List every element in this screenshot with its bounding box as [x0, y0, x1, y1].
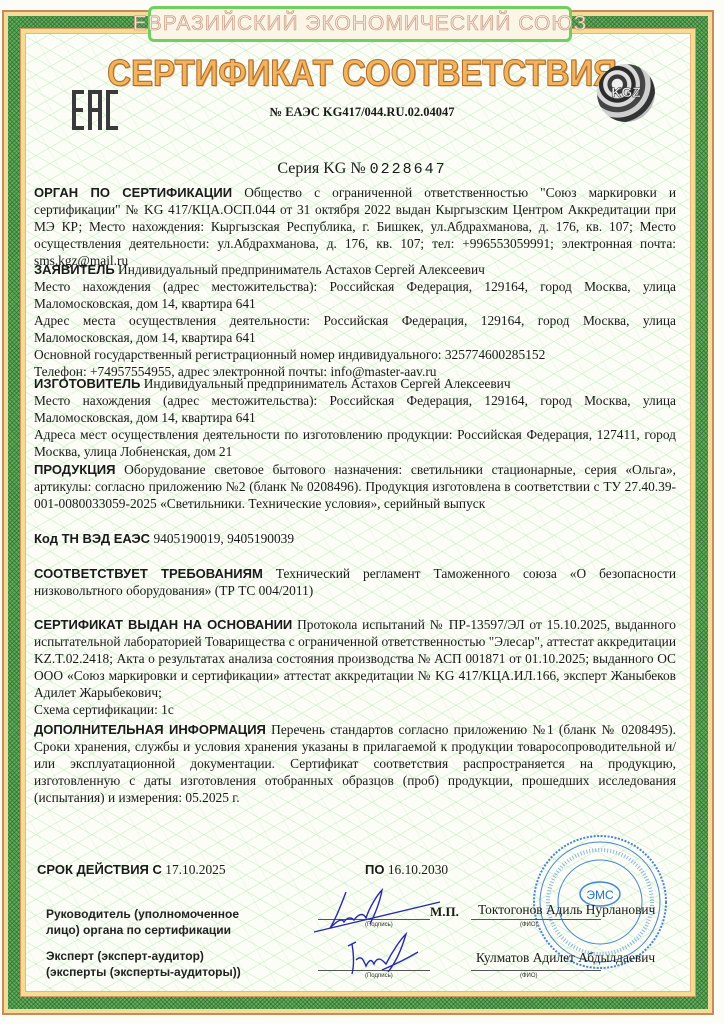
- section-additional-info: ДОПОЛНИТЕЛЬНАЯ ИНФОРМАЦИЯ Перечень станд…: [34, 721, 676, 806]
- hologram-text: KGZ: [597, 84, 655, 100]
- series-value: 0228647: [370, 161, 447, 178]
- applicant-line: Основной государственный регистрационный…: [34, 346, 676, 363]
- section-label: ДОПОЛНИТЕЛЬНАЯ ИНФОРМАЦИЯ: [34, 722, 266, 737]
- expert-signature-icon: [338, 932, 428, 978]
- applicant-name: Индивидуальный предприниматель Астахов С…: [118, 262, 485, 277]
- fio-caption: (ФИО): [520, 973, 538, 979]
- certification-scheme: Схема сертификации: 1с: [34, 701, 676, 718]
- hologram-seal: KGZ: [597, 64, 655, 122]
- certificate-page: ЕВРАЗИЙСКИЙ ЭКОНОМИЧЕСКИЙ СОЮЗ СЕРТИФИКА…: [0, 0, 724, 1024]
- svg-text:ЭМС: ЭМС: [586, 888, 614, 902]
- head-label-line: Руководитель (уполномоченное: [46, 906, 239, 922]
- section-product: ПРОДУКЦИЯ Оборудование световое бытового…: [34, 461, 676, 512]
- applicant-line: Место нахождения (адрес местожительства)…: [34, 278, 676, 312]
- section-label: ЗАЯВИТЕЛЬ: [34, 262, 115, 277]
- section-applicant: ЗАЯВИТЕЛЬ Индивидуальный предприниматель…: [34, 261, 676, 380]
- validity-from-date: 17.10.2025: [165, 862, 225, 877]
- section-label: ИЗГОТОВИТЕЛЬ: [34, 376, 140, 391]
- manufacturer-name: Индивидуальный предприниматель Астахов С…: [144, 376, 511, 391]
- union-banner-text: ЕВРАЗИЙСКИЙ ЭКОНОМИЧЕСКИЙ СОЮЗ: [133, 12, 588, 36]
- eac-mark-icon: [70, 88, 120, 132]
- expert-label-line: Эксперт (эксперт-аудитор): [46, 948, 241, 964]
- validity-from: СРОК ДЕЙСТВИЯ С 17.10.2025: [37, 862, 226, 878]
- section-basis: СЕРТИФИКАТ ВЫДАН НА ОСНОВАНИИ Протокола …: [34, 616, 676, 718]
- section-text: 9405190019, 9405190039: [153, 531, 294, 546]
- manufacturer-line: Место нахождения (адрес местожительства)…: [34, 392, 676, 426]
- union-banner: ЕВРАЗИЙСКИЙ ЭКОНОМИЧЕСКИЙ СОЮЗ: [148, 6, 572, 42]
- section-label: ОРГАН ПО СЕРТИФИКАЦИИ: [34, 185, 232, 200]
- validity-to-date: 16.10.2030: [388, 862, 448, 877]
- fio-caption: (ФИО): [520, 922, 538, 928]
- expert-label-line: (эксперты (эксперты-аудиторы)): [46, 964, 241, 980]
- expert-name-line: [471, 970, 601, 971]
- applicant-line: Адрес места осуществления деятельности: …: [34, 312, 676, 346]
- section-label: СООТВЕТСТВУЕТ ТРЕБОВАНИЯМ: [34, 566, 263, 581]
- section-label: Код ТН ВЭД ЕАЭС: [34, 531, 150, 546]
- section-label: СЕРТИФИКАТ ВЫДАН НА ОСНОВАНИИ: [34, 617, 292, 632]
- series-label: Серия KG №: [277, 160, 365, 177]
- validity-from-label: СРОК ДЕЙСТВИЯ С: [37, 862, 162, 877]
- section-certification-body: ОРГАН ПО СЕРТИФИКАЦИИ Общество с огранич…: [34, 184, 676, 269]
- head-name-line: [471, 919, 601, 920]
- section-label: ПРОДУКЦИЯ: [34, 462, 115, 477]
- section-text: Оборудование световое бытового назначени…: [34, 462, 676, 511]
- section-manufacturer: ИЗГОТОВИТЕЛЬ Индивидуальный предпринимат…: [34, 375, 676, 460]
- expert-name: Кулматов Адилет Абдылдаевич: [476, 950, 655, 966]
- section-tnved: Код ТН ВЭД ЕАЭС 9405190019, 9405190039: [34, 530, 676, 547]
- head-label-line: лицо) органа по сертификации: [46, 922, 239, 938]
- head-signature-icon: [312, 888, 442, 938]
- validity-to: ПО 16.10.2030: [365, 862, 448, 878]
- validity-to-label: ПО: [365, 862, 384, 877]
- expert-signatory-label: Эксперт (эксперт-аудитор) (эксперты (экс…: [46, 948, 241, 980]
- section-conforms: СООТВЕТСТВУЕТ ТРЕБОВАНИЯМ Технический ре…: [34, 565, 676, 599]
- manufacturer-line: Адреса мест осуществления деятельности п…: [34, 426, 676, 460]
- series-number: Серия KG № 0228647: [0, 160, 724, 178]
- head-signatory-label: Руководитель (уполномоченное лицо) орган…: [46, 906, 239, 938]
- head-name: Токтогонов Адиль Нурланович: [478, 902, 655, 918]
